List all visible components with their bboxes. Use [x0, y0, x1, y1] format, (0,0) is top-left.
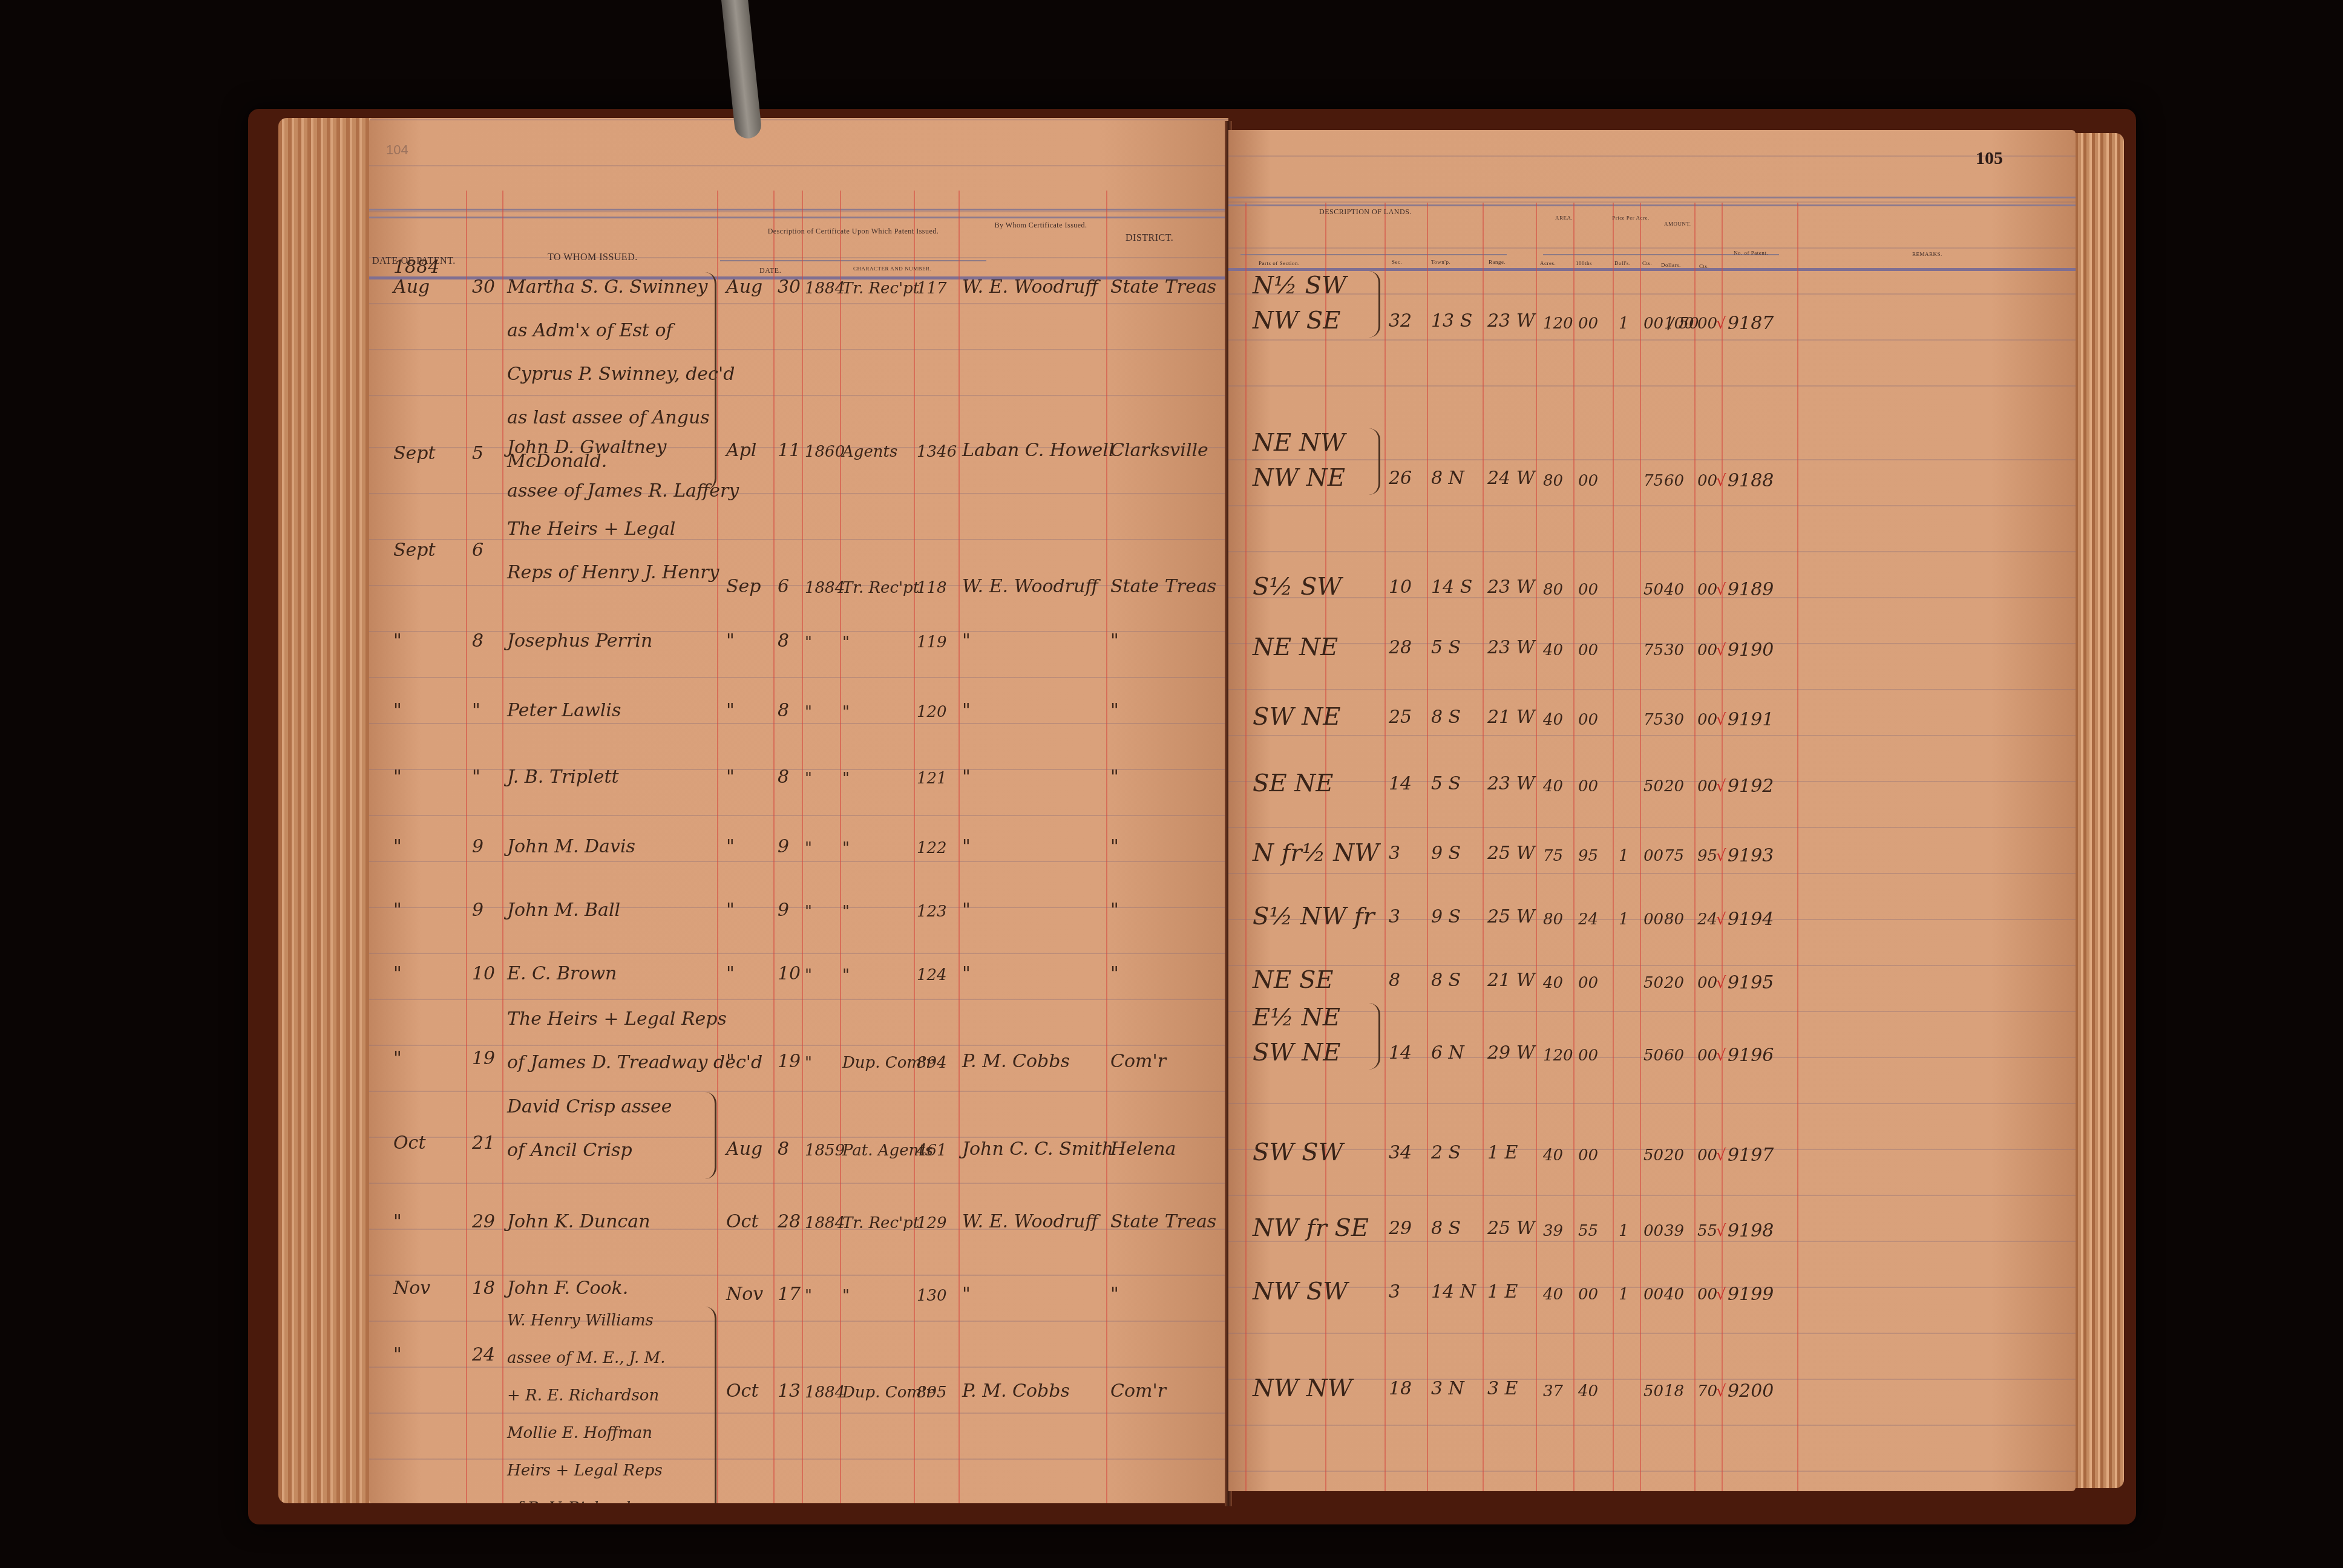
district: ": [1110, 1285, 1119, 1304]
district: ": [1110, 702, 1119, 720]
parts-of-section: SW NE: [1253, 1040, 1340, 1065]
certificate-number: 122: [917, 840, 947, 856]
price-dollars: 1: [1619, 1287, 1629, 1302]
township: 8 S: [1431, 972, 1461, 990]
amount-cents: 55: [1697, 1223, 1717, 1239]
certificate-year: ": [805, 704, 812, 720]
certificate-year: ": [805, 840, 812, 856]
amount-dollars: 20: [1664, 779, 1684, 794]
district: State Treas: [1110, 578, 1216, 596]
certificate-issuer: ": [962, 632, 971, 650]
certificate-character: ": [842, 967, 850, 983]
header-district: DISTRICT.: [1126, 233, 1173, 244]
patent-month: ": [393, 1213, 402, 1231]
price-cents: 00: [1643, 1223, 1663, 1239]
grantee-name-line: John D. Gwaltney: [507, 439, 667, 457]
price-cents: 50: [1643, 1383, 1663, 1399]
price-dollars: 1: [1619, 912, 1629, 927]
red-check-mark-icon: √: [1716, 582, 1726, 598]
certificate-day: 8: [778, 1140, 789, 1158]
red-check-mark-icon: √: [1716, 473, 1726, 489]
grantee-name-line: David Crisp assee: [507, 1098, 672, 1116]
township: 8 N: [1431, 469, 1464, 488]
patent-day: 8: [472, 632, 483, 650]
certificate-number: 895: [917, 1385, 947, 1400]
parts-of-section: NE NE: [1253, 635, 1338, 659]
parts-of-section: SW SW: [1253, 1140, 1343, 1165]
section-number: 34: [1389, 1144, 1412, 1162]
parts-of-section: NW NE: [1253, 466, 1345, 490]
price-cents: 50: [1643, 779, 1663, 794]
patent-month: ": [393, 1050, 402, 1068]
range: 25 W: [1487, 908, 1535, 926]
price-dollars: 1: [1619, 316, 1629, 332]
grantee-name-line: as last assee of Angus: [507, 409, 710, 427]
grantee-name-line: J. B. Triplett: [507, 768, 619, 786]
certificate-issuer: P. M. Cobbs: [962, 1382, 1070, 1400]
price-cents: 75: [1643, 642, 1663, 658]
certificate-month: Aug: [726, 1140, 762, 1158]
amount-cents: 70: [1697, 1383, 1717, 1399]
grantee-name-line: John M. Ball: [507, 901, 620, 920]
certificate-number: 124: [917, 967, 947, 983]
parts-of-section: SE NE: [1253, 771, 1334, 795]
section-number: 29: [1389, 1220, 1412, 1238]
acres-hundredths: 00: [1578, 473, 1598, 489]
acres: 39: [1543, 1223, 1563, 1239]
amount-cents: 00: [1697, 779, 1717, 794]
certificate-character: Tr. Rec'pt: [842, 281, 919, 296]
acres-hundredths: 00: [1578, 1148, 1598, 1163]
header-area: AREA.: [1555, 215, 1573, 221]
acres: 80: [1543, 582, 1563, 598]
amount-cents: 95: [1697, 848, 1717, 864]
certificate-year: ": [805, 967, 812, 983]
parts-of-section: E½ NE: [1253, 1005, 1340, 1030]
section-number: 32: [1389, 312, 1412, 330]
header-certificate-description: Description of Certificate Upon Which Pa…: [732, 227, 974, 236]
grantee-brace: [705, 1092, 716, 1179]
header-amount-cts: Cts.: [1699, 263, 1709, 269]
certificate-year: ": [805, 1055, 812, 1071]
amount-dollars: 40: [1664, 1287, 1684, 1302]
certificate-month: Oct: [726, 1213, 758, 1231]
district: ": [1110, 838, 1119, 856]
range: 23 W: [1487, 578, 1535, 596]
certificate-character: ": [842, 840, 850, 856]
patent-day: 18: [472, 1279, 495, 1298]
grantee-name-line: The Heirs + Legal Reps: [507, 1010, 727, 1028]
grantee-name-line: of Ancil Crisp: [507, 1142, 632, 1160]
red-check-mark-icon: √: [1716, 712, 1726, 728]
acres-hundredths: 00: [1578, 779, 1598, 794]
township: 9 S: [1431, 908, 1461, 926]
grantee-name-line: as Adm'x of Est of: [507, 322, 673, 340]
red-check-mark-icon: √: [1716, 1048, 1726, 1063]
patent-number: 9199: [1728, 1285, 1774, 1304]
grantee-name-line: John K. Duncan: [507, 1213, 650, 1231]
certificate-year: 1859: [805, 1143, 845, 1158]
amount-cents: 00: [1697, 642, 1717, 658]
range: 29 W: [1487, 1044, 1535, 1062]
header-to-whom-issued: TO WHOM ISSUED.: [548, 252, 638, 263]
township: 3 N: [1431, 1380, 1464, 1398]
grantee-name-line: of James D. Treadway dec'd: [507, 1054, 762, 1072]
acres-hundredths: 55: [1578, 1223, 1598, 1239]
certificate-month: ": [726, 768, 735, 786]
acres: 40: [1543, 779, 1563, 794]
certificate-day: 8: [778, 768, 789, 786]
parts-of-section: NW fr SE: [1253, 1216, 1369, 1240]
grantee-name-line: Reps of Henry J. Henry: [507, 564, 719, 582]
patent-month: Aug: [393, 278, 430, 296]
page-edges-left: [278, 118, 375, 1503]
certificate-day: 17: [778, 1285, 801, 1304]
certificate-month: ": [726, 901, 735, 920]
certificate-day: 30: [778, 278, 801, 296]
range: 25 W: [1487, 844, 1535, 863]
grantee-name-line: Mollie E. Hoffman: [507, 1425, 652, 1441]
section-number: 10: [1389, 578, 1412, 596]
certificate-month: ": [726, 702, 735, 720]
grantee-name-line: + R. E. Richardson: [507, 1388, 659, 1403]
header-cert-date: DATE.: [759, 266, 781, 275]
amount-dollars: 20: [1664, 975, 1684, 991]
patent-month: ": [393, 702, 402, 720]
grantee-name-line: of R. V. Richardson: [507, 1500, 658, 1503]
amount-dollars: 60: [1664, 473, 1684, 489]
certificate-character: Tr. Rec'pt: [842, 580, 919, 596]
patent-number: 9198: [1728, 1222, 1774, 1240]
patent-day: 24: [472, 1346, 495, 1364]
acres-hundredths: 00: [1578, 1287, 1598, 1302]
certificate-issuer: W. E. Woodruff: [962, 578, 1098, 596]
district: State Treas: [1110, 1213, 1216, 1231]
acres-hundredths: 00: [1578, 642, 1598, 658]
certificate-day: 9: [778, 838, 789, 856]
certificate-character: ": [842, 904, 850, 920]
patent-day: 30: [472, 278, 495, 296]
township: 14 N: [1431, 1283, 1476, 1301]
certificate-year: ": [805, 904, 812, 920]
header-dolls: Doll's.: [1614, 260, 1631, 266]
patent-day: 29: [472, 1213, 495, 1231]
grantee-name-line: assee of M. E., J. M.: [507, 1350, 666, 1366]
section-number: 26: [1389, 469, 1412, 488]
certificate-number: 117: [917, 281, 947, 296]
certificate-month: Oct: [726, 1382, 758, 1400]
patent-month: Sept: [393, 445, 436, 463]
red-check-mark-icon: √: [1716, 1383, 1726, 1399]
amount-dollars: 30: [1664, 642, 1684, 658]
patent-month: Sept: [393, 541, 436, 560]
header-range: Range.: [1489, 259, 1506, 265]
header-character-number: CHARACTER AND NUMBER.: [853, 266, 931, 272]
header-township: Town'p.: [1431, 259, 1450, 265]
header-acres: Acres.: [1540, 260, 1556, 266]
township: 9 S: [1431, 844, 1461, 863]
left-page: 104 DATE OF PATENT. TO WHOM ISSUED. Desc…: [369, 118, 1228, 1503]
certificate-year: 1860: [805, 444, 845, 460]
grantee-brace: [705, 1307, 716, 1503]
certificate-month: Sep: [726, 578, 761, 596]
certificate-year: 1884: [805, 1385, 845, 1400]
parts-brace: [1369, 271, 1380, 338]
range: 1 E: [1487, 1144, 1518, 1162]
amount-cents: 24: [1697, 912, 1717, 927]
certificate-number: 119: [917, 635, 947, 650]
certificate-issuer: W. E. Woodruff: [962, 278, 1098, 296]
header-sec: Sec.: [1392, 259, 1402, 265]
price-cents: 50: [1643, 582, 1663, 598]
patent-number: 9188: [1728, 472, 1774, 490]
certificate-issuer: ": [962, 702, 971, 720]
certificate-character: ": [842, 1288, 850, 1304]
certificate-month: ": [726, 1053, 735, 1071]
certificate-month: Nov: [726, 1285, 763, 1304]
township: 5 S: [1431, 775, 1461, 793]
price-cents: 00: [1643, 848, 1663, 864]
header-by-whom: By Whom Certificate Issued.: [986, 221, 1095, 230]
red-check-mark-icon: √: [1716, 779, 1726, 794]
red-check-mark-icon: √: [1716, 642, 1726, 658]
section-number: 8: [1389, 972, 1400, 990]
range: 24 W: [1487, 469, 1535, 488]
district: State Treas: [1110, 278, 1216, 296]
section-number: 14: [1389, 1044, 1412, 1062]
section-number: 3: [1389, 1283, 1400, 1301]
parts-of-section: S½ NW fr: [1253, 904, 1375, 929]
parts-of-section: SW NE: [1253, 705, 1340, 729]
patent-month: ": [393, 901, 402, 920]
parts-of-section: NW NW: [1253, 1376, 1352, 1400]
acres: 120: [1543, 1048, 1573, 1063]
amount-cents: 00: [1697, 582, 1717, 598]
certificate-character: ": [842, 635, 850, 650]
patent-month: ": [393, 965, 402, 983]
amount-cents: 00: [1697, 1148, 1717, 1163]
certificate-issuer: ": [962, 1285, 971, 1304]
page-edges-right: [2069, 133, 2124, 1488]
red-check-mark-icon: √: [1716, 975, 1726, 991]
range: 21 W: [1487, 708, 1535, 727]
certificate-character: ": [842, 704, 850, 720]
certificate-number: 894: [917, 1055, 947, 1071]
certificate-issuer: ": [962, 901, 971, 920]
price-cents: 00: [1643, 912, 1663, 927]
certificate-day: 6: [778, 578, 789, 596]
price-dollars: 1: [1619, 848, 1629, 864]
grantee-brace: [705, 272, 716, 490]
amount-dollars: 80: [1664, 912, 1684, 927]
acres: 75: [1543, 848, 1563, 864]
acres: 80: [1543, 912, 1563, 927]
certificate-day: 10: [778, 965, 801, 983]
certificate-month: ": [726, 965, 735, 983]
patent-number: 9192: [1728, 777, 1774, 795]
parts-of-section: S½ SW: [1253, 575, 1342, 599]
certificate-issuer: W. E. Woodruff: [962, 1213, 1098, 1231]
grantee-name-line: Peter Lawlis: [507, 702, 621, 720]
patent-month: ": [393, 1346, 402, 1364]
certificate-issuer: ": [962, 768, 971, 786]
right-page: 105 DESCRIPTION OF LANDS. Parts of Secti…: [1228, 130, 2076, 1491]
certificate-year: 1884: [805, 281, 845, 296]
acres-hundredths: 00: [1578, 975, 1598, 991]
patent-number: 9193: [1728, 847, 1774, 865]
amount-cents: 00: [1697, 712, 1717, 728]
district: Clarksville: [1110, 442, 1208, 460]
amount-cents: 00: [1697, 473, 1717, 489]
range: 1 E: [1487, 1283, 1518, 1301]
red-check-mark-icon: √: [1716, 1287, 1726, 1302]
header-no-of-patent: No. of Patent.: [1734, 250, 1768, 256]
certificate-month: ": [726, 632, 735, 650]
patent-number: 9196: [1728, 1047, 1774, 1065]
certificate-issuer: ": [962, 965, 971, 983]
certificate-day: 8: [778, 702, 789, 720]
acres: 40: [1543, 1287, 1563, 1302]
amount-dollars: 20: [1664, 1148, 1684, 1163]
acres: 40: [1543, 1148, 1563, 1163]
township: 14 S: [1431, 578, 1472, 596]
certificate-number: 1346: [917, 444, 957, 460]
patent-day: 19: [472, 1050, 495, 1068]
grantee-name-line: assee of James R. Laffery: [507, 482, 739, 500]
certificate-number: 461: [917, 1143, 947, 1158]
certificate-number: 123: [917, 904, 947, 920]
certificate-character: Agents: [842, 444, 897, 460]
acres: 120: [1543, 316, 1573, 332]
certificate-issuer: P. M. Cobbs: [962, 1053, 1070, 1071]
grantee-name-line: Martha S. G. Swinney: [507, 278, 707, 296]
price-cents: 75: [1643, 712, 1663, 728]
township: 5 S: [1431, 639, 1461, 657]
patent-number: 9187: [1728, 315, 1774, 333]
patent-day: 10: [472, 965, 495, 983]
acres: 37: [1543, 1383, 1563, 1399]
amount-dollars: 60: [1664, 1048, 1684, 1063]
acres: 40: [1543, 975, 1563, 991]
patent-month: ": [393, 768, 402, 786]
amount-dollars: 39: [1664, 1223, 1684, 1239]
amount-dollars: 30: [1664, 712, 1684, 728]
parts-of-section: N½ SW: [1253, 273, 1346, 298]
certificate-number: 121: [917, 771, 947, 786]
township: 8 S: [1431, 1220, 1461, 1238]
acres: 40: [1543, 642, 1563, 658]
patent-number: 9191: [1728, 711, 1774, 729]
certificate-day: 11: [778, 442, 801, 460]
patent-number: 9189: [1728, 581, 1774, 599]
price-cents: 50: [1643, 1148, 1663, 1163]
header-double-rule: [369, 209, 1228, 218]
grantee-name-line: E. C. Brown: [507, 965, 617, 983]
section-number: 3: [1389, 844, 1400, 863]
acres: 80: [1543, 473, 1563, 489]
certificate-issuer: ": [962, 838, 971, 856]
acres-hundredths: 00: [1578, 1048, 1598, 1063]
amount-cents: 00: [1697, 1048, 1717, 1063]
price-dollars: 1: [1619, 1223, 1629, 1239]
section-number: 25: [1389, 708, 1412, 727]
amount-dollars: 75: [1664, 848, 1684, 864]
certificate-issuer: Laban C. Howell: [962, 442, 1115, 460]
district: ": [1110, 901, 1119, 920]
patent-month: ": [393, 632, 402, 650]
header-amount: AMOUNT.: [1664, 221, 1691, 227]
section-number: 28: [1389, 639, 1412, 657]
certificate-month: Apl: [726, 442, 756, 460]
patent-number: 9194: [1728, 910, 1774, 929]
certificate-number: 130: [917, 1288, 947, 1304]
certificate-day: 9: [778, 901, 789, 920]
township: 6 N: [1431, 1044, 1464, 1062]
amount-dollars: 18: [1664, 1383, 1684, 1399]
district: ": [1110, 965, 1119, 983]
certificate-year: ": [805, 771, 812, 786]
red-check-mark-icon: √: [1716, 1223, 1726, 1239]
acres-hundredths: 00: [1578, 582, 1598, 598]
pencil-page-mark: 104: [386, 142, 408, 158]
certificate-day: 28: [778, 1213, 801, 1231]
grantee-name-line: John F. Cook.: [507, 1279, 628, 1298]
township: 13 S: [1431, 312, 1472, 330]
acres-hundredths: 00: [1578, 712, 1598, 728]
red-check-mark-icon: √: [1716, 1148, 1726, 1163]
red-check-mark-icon: √: [1716, 316, 1726, 332]
amount-cents: 00: [1697, 975, 1717, 991]
patent-number: 9190: [1728, 641, 1774, 659]
district: Helena: [1110, 1140, 1176, 1158]
header-parts-of-section: Parts of Section.: [1259, 260, 1300, 266]
certificate-number: 120: [917, 704, 947, 720]
section-number: 3: [1389, 908, 1400, 926]
patent-number: 9197: [1728, 1146, 1774, 1165]
price-cents: 50: [1643, 975, 1663, 991]
patent-day: 5: [472, 445, 483, 463]
certificate-day: 19: [778, 1053, 801, 1071]
header-100ths: 100ths: [1576, 260, 1592, 266]
acres-hundredths: 24: [1578, 912, 1598, 927]
red-check-mark-icon: √: [1716, 848, 1726, 864]
header-price-per-acre: Price Per Acre.: [1610, 215, 1652, 221]
section-number: 14: [1389, 775, 1412, 793]
patent-day: 9: [472, 901, 483, 920]
grantee-name-line: Cyprus P. Swinney, dec'd: [507, 365, 735, 384]
district: Com'r: [1110, 1382, 1166, 1400]
grantee-name-line: Josephus Perrin: [507, 632, 652, 650]
price-cents: 50: [1643, 1048, 1663, 1063]
amount-dollars: 100: [1664, 316, 1694, 332]
patent-month: ": [393, 838, 402, 856]
range: 3 E: [1487, 1380, 1518, 1398]
parts-of-section: N fr½ NW: [1253, 841, 1379, 865]
township: 8 S: [1431, 708, 1461, 727]
price-cents: 75: [1643, 473, 1663, 489]
certificate-character: Tr. Rec'pt: [842, 1215, 919, 1231]
certificate-number: 129: [917, 1215, 947, 1231]
acres-hundredths: 95: [1578, 848, 1598, 864]
township: 2 S: [1431, 1144, 1461, 1162]
certificate-month: Aug: [726, 278, 762, 296]
district: ": [1110, 632, 1119, 650]
grantee-name-line: Heirs + Legal Reps: [507, 1463, 663, 1478]
range: 23 W: [1487, 639, 1535, 657]
range: 21 W: [1487, 972, 1535, 990]
grantee-name-line: John M. Davis: [507, 838, 635, 856]
parts-brace: [1369, 1003, 1380, 1070]
